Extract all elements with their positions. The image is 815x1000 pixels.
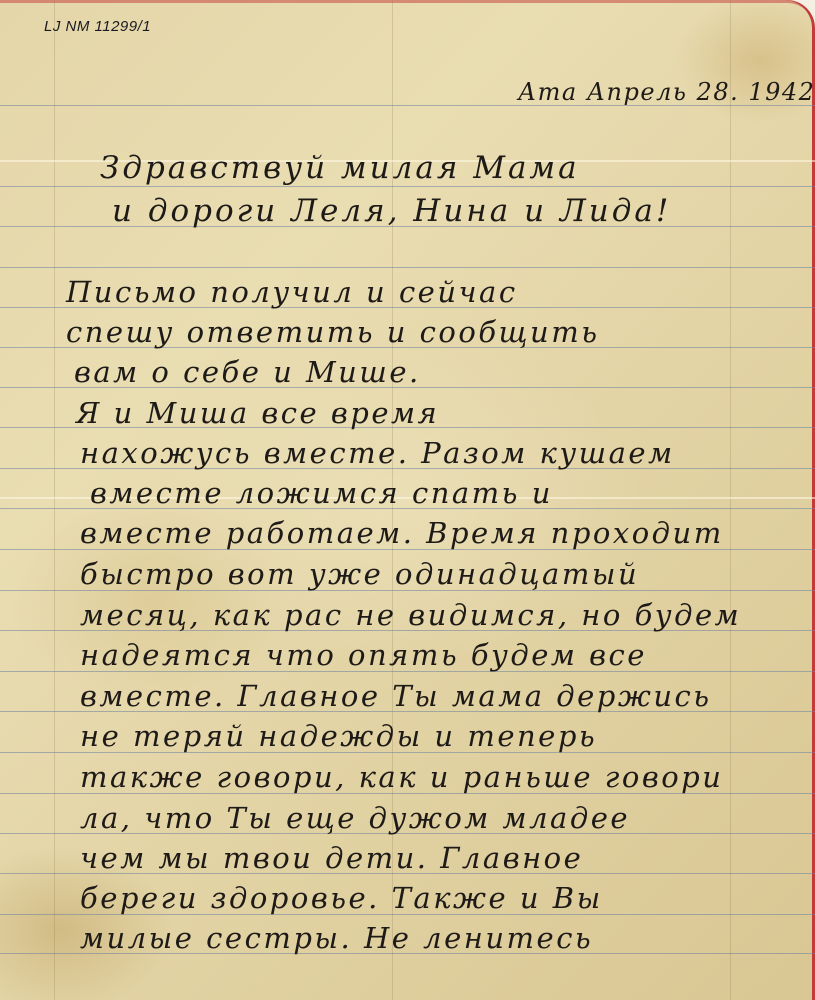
archive-number: LJ NM 11299/1: [44, 18, 151, 35]
letter-line: месяц, как рас не видимся, но будем: [80, 598, 741, 632]
letter-line: вместе. Главное Ты мама держись: [80, 679, 712, 713]
letter-line: Я и Миша все время: [76, 396, 439, 430]
greeting-line: Здравствуй милая Мама: [100, 150, 580, 186]
letter-line: не теряй надежды и теперь: [80, 719, 597, 753]
letter-line: нахожусь вместе. Разом кушаем: [80, 436, 675, 470]
letter-line: ла, что Ты еще дужом младее: [80, 801, 630, 835]
letter-line: Письмо получил и сейчас: [66, 275, 518, 309]
greeting-line: и дороги Леля, Нина и Лида!: [112, 193, 671, 229]
letter-line: милые сестры. Не ленитесь: [80, 921, 593, 955]
letter-page: LJ NM 11299/1 Ата Апрель 28. 1942. Здрав…: [0, 0, 815, 1000]
letter-line: быстро вот уже одинадцатый: [80, 557, 639, 591]
fold-crease: [730, 0, 731, 1000]
letter-line: чем мы твои дети. Главное: [80, 841, 583, 875]
letter-line: надеятся что опять будем все: [80, 638, 647, 672]
letter-line: также говори, как и раньше говори: [80, 760, 723, 794]
ruled-line: [0, 267, 815, 268]
letter-line: береги здоровье. Также и Вы: [80, 881, 603, 915]
ruled-line: [0, 186, 815, 187]
letter-line: вместе ложимся спать и: [90, 476, 553, 510]
place-date: Ата Апрель 28. 1942.: [518, 78, 815, 106]
letter-line: вместе работаем. Время проходит: [80, 516, 724, 550]
letter-line: спешу ответить и сообщить: [66, 315, 600, 349]
fold-crease: [54, 0, 55, 1000]
letter-line: вам о себе и Мише.: [74, 355, 421, 389]
